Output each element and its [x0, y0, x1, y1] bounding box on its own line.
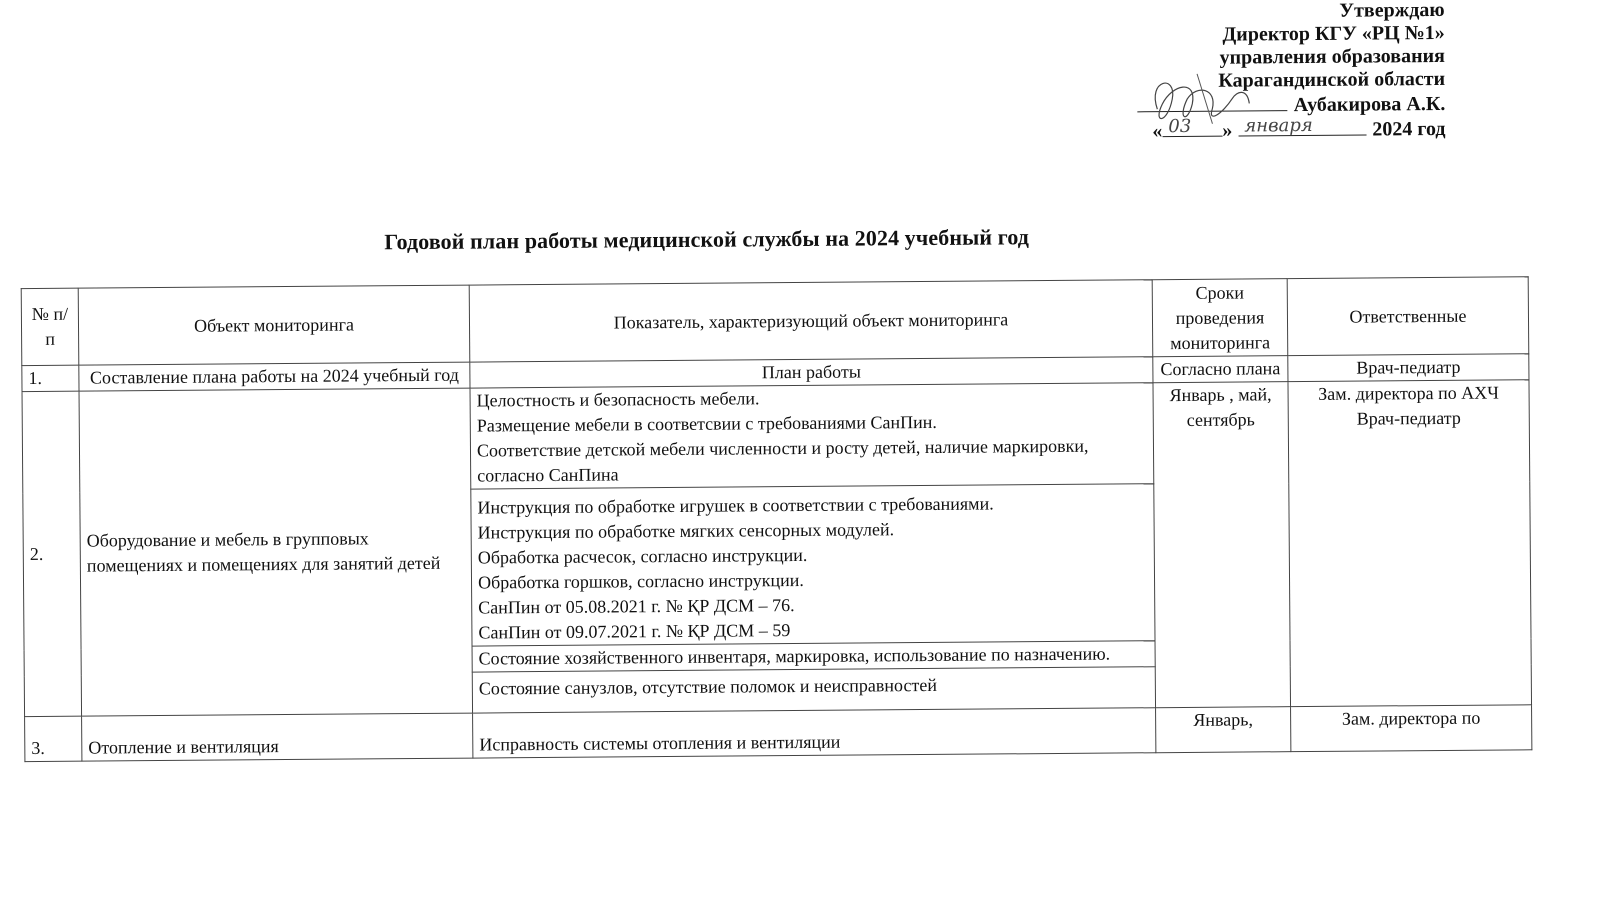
header-indicator: Показатель, характеризующий объект монит… [469, 280, 1153, 362]
row-object: Отопление и вентиляция [82, 713, 473, 761]
scanned-page: Утверждаю Директор КГУ «РЦ №1» управлени… [0, 0, 1600, 900]
row-term: Согласно плана [1153, 356, 1288, 383]
table-row: 2. Оборудование и мебель в групповых пом… [22, 380, 1530, 493]
row-indicator-block: Инструкция по обработке игрушек в соотве… [471, 484, 1155, 646]
row-num: 3. [25, 716, 82, 761]
approval-line: управления образования [1137, 45, 1445, 70]
row-num: 2. [22, 391, 82, 716]
row-responsible: Зам. директора по [1291, 705, 1532, 752]
plan-table: № п/п Объект мониторинга Показатель, хар… [21, 276, 1533, 762]
row-term: Январь, [1156, 707, 1291, 753]
row-indicator-block: Целостность и безопасность мебели. Разме… [470, 383, 1154, 489]
header-responsible: Ответственные [1287, 277, 1529, 356]
row-indicator: Исправность системы отопления и вентиляц… [473, 708, 1156, 758]
row-indicator-block: Состояние санузлов, отсутствие поломок и… [472, 667, 1155, 713]
header-object: Объект мониторинга [78, 285, 470, 365]
row-responsible: Зам. директора по АХЧ Врач-педиатр [1288, 380, 1532, 707]
signature-icon [1137, 68, 1288, 139]
approval-line: Утверждаю [1137, 0, 1445, 24]
page-title: Годовой план работы медицинской службы н… [384, 224, 1029, 255]
row-responsible: Врач-педиатр [1288, 354, 1529, 382]
table-header-row: № п/п Объект мониторинга Показатель, хар… [21, 277, 1529, 366]
approval-line: Директор КГУ «РЦ №1» [1137, 22, 1445, 47]
header-num: № п/п [21, 288, 79, 365]
row-num: 1. [22, 365, 79, 391]
header-term: Сроки проведения мониторинга [1152, 279, 1288, 357]
row-term: Январь , май, сентябрь [1153, 382, 1291, 708]
row-object: Оборудование и мебель в групповых помеще… [79, 388, 473, 716]
row-object: Составление плана работы на 2024 учебный… [79, 362, 470, 391]
